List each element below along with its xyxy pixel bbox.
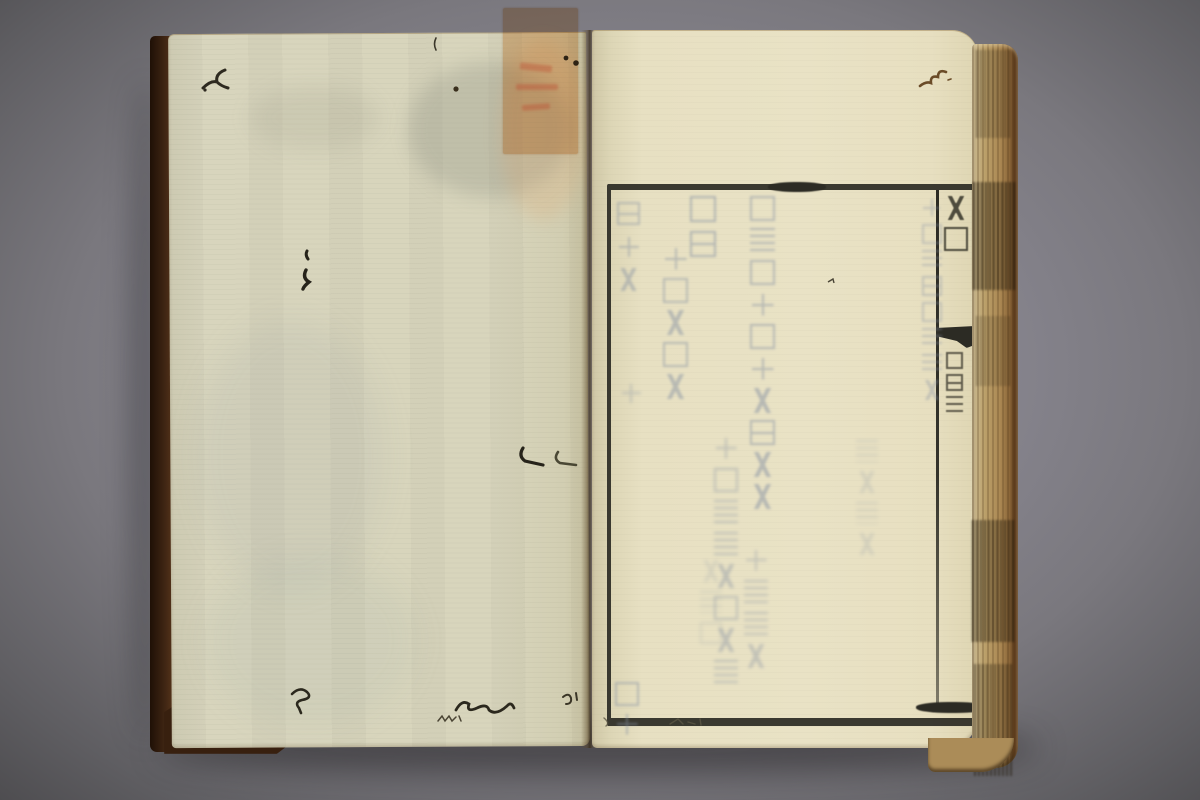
pseudo-glyph: [922, 380, 942, 400]
ink-dot: [452, 85, 460, 93]
show-through-column: [856, 440, 878, 564]
pseudo-glyph: [750, 260, 775, 285]
pseudo-glyph: [714, 532, 738, 556]
pseudo-glyph: [690, 196, 716, 222]
show-through-column: [620, 382, 642, 410]
show-through-column: [615, 682, 639, 742]
repair-tape: [503, 8, 578, 154]
red-stamp-mark: [516, 84, 558, 90]
pseudo-glyph: [617, 202, 640, 225]
pseudo-glyph: [714, 660, 738, 684]
pseudo-glyph: [922, 328, 942, 348]
pseudo-glyph: [700, 560, 722, 582]
gray-stain: [250, 86, 380, 150]
pseudo-glyph: [663, 278, 688, 303]
pseudo-glyph: [922, 250, 942, 270]
pseudo-glyph: [750, 228, 775, 253]
pseudo-glyph: [615, 682, 639, 706]
show-through-column: [690, 196, 716, 266]
pseudo-glyph: [714, 500, 738, 524]
fore-edge-ink-smudge: [976, 316, 1012, 386]
pseudo-glyph: [922, 276, 942, 296]
ink-marks-bottom-q: [556, 690, 582, 722]
pseudo-glyph: [922, 354, 942, 374]
ink-check-right: [549, 450, 579, 472]
fore-edge-ink-smudge: [972, 520, 1016, 642]
pseudo-glyph: [944, 196, 968, 220]
fore-edge-ink-smudge: [976, 50, 1010, 138]
pseudo-glyph: [663, 246, 688, 271]
pencil-scribbles-below-frame: [600, 714, 720, 732]
pseudo-glyph: [714, 436, 738, 460]
pseudo-glyph: [663, 374, 688, 399]
ink-tick: [430, 36, 440, 52]
pseudo-glyph: [750, 484, 775, 509]
pseudo-glyph: [744, 612, 768, 636]
photo-open-book: [0, 0, 1200, 800]
fore-edge-page-stack: [972, 44, 1018, 768]
pseudo-glyph: [744, 548, 768, 572]
pseudo-glyph: [750, 452, 775, 477]
pseudo-glyph: [922, 198, 942, 218]
show-through-column: [922, 198, 942, 406]
frame-ink-blob: [768, 182, 826, 192]
show-through-column: [744, 548, 768, 676]
pseudo-glyph: [944, 227, 968, 251]
pseudo-glyph: [750, 388, 775, 413]
pseudo-glyph: [856, 533, 878, 555]
pseudo-glyph: [922, 224, 942, 244]
pseudo-glyph: [856, 502, 878, 524]
pseudo-glyph: [750, 196, 775, 221]
pseudo-glyph: [663, 342, 688, 367]
pseudo-glyph: [714, 468, 738, 492]
ink-gutter-dots: [560, 50, 582, 70]
pseudo-glyph: [744, 644, 768, 668]
ink-scribble-bottom-chy: [452, 694, 518, 722]
margin-label-title: [944, 196, 968, 258]
pseudo-glyph: [922, 302, 942, 322]
ink-smudge-bird: [197, 58, 237, 98]
pseudo-glyph: [946, 396, 963, 413]
pseudo-glyph: [700, 622, 722, 644]
pseudo-glyph: [744, 580, 768, 604]
show-through-column: [663, 246, 688, 406]
pseudo-glyph: [700, 591, 722, 613]
pseudo-glyph: [620, 382, 642, 404]
pseudo-glyph: [690, 231, 716, 257]
show-through-column: [750, 196, 775, 516]
pseudo-glyph: [946, 352, 963, 369]
ink-scribble-bottom-a: [290, 684, 326, 716]
show-through-column: [617, 202, 640, 301]
pseudo-glyph: [946, 374, 963, 391]
ink-check-left: [512, 446, 546, 470]
pseudo-glyph: [856, 440, 878, 462]
pseudo-glyph: [617, 268, 640, 291]
pseudo-glyph: [617, 235, 640, 258]
pseudo-glyph: [750, 356, 775, 381]
pseudo-glyph: [856, 471, 878, 493]
pseudo-glyph: [750, 324, 775, 349]
fore-edge-ink-smudge: [973, 182, 1015, 290]
ink-fleck: [826, 276, 836, 286]
margin-label-section: [946, 352, 963, 418]
pseudo-glyph: [663, 310, 688, 335]
pseudo-glyph: [750, 292, 775, 317]
ink-drips: [298, 248, 316, 292]
ink-squiggle-right-top: [916, 64, 952, 92]
pseudo-glyph: [750, 420, 775, 445]
blue-wash-stain: [196, 320, 386, 590]
show-through-column: [700, 560, 722, 653]
